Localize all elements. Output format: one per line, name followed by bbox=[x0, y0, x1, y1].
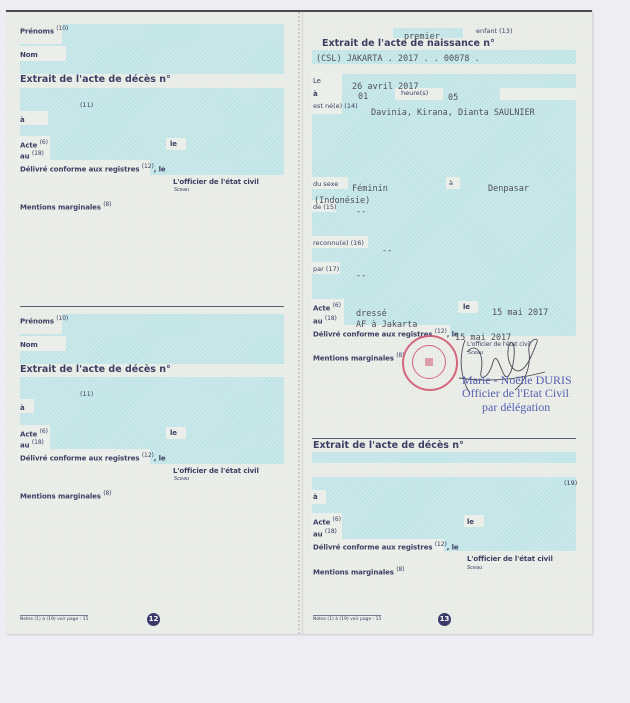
reconnu-label: reconnu(e) (16) bbox=[313, 239, 364, 247]
birth-extract-title: Extrait de l'acte de naissance n° bbox=[322, 38, 495, 49]
par-value: -- bbox=[356, 271, 366, 281]
birthplace-value: Denpasar bbox=[488, 184, 529, 194]
acte-label: Acte (6) bbox=[313, 302, 341, 312]
acte-value: dressé bbox=[356, 309, 387, 319]
note-11: (11) bbox=[80, 101, 93, 109]
hour-value: 01 bbox=[358, 92, 368, 102]
death-extract-field[interactable] bbox=[20, 88, 284, 160]
sceau-label-2: Sceau bbox=[174, 476, 189, 482]
prenoms-label-2: Prénoms (10) bbox=[20, 315, 68, 325]
center-fold bbox=[302, 12, 303, 634]
heures-label: heure(s) bbox=[401, 89, 428, 97]
birth-number-value: (CSL) JAKARTA . 2017 . . 00078 . bbox=[316, 54, 480, 64]
de-value: -- bbox=[356, 207, 366, 217]
minutes-value: 05 bbox=[448, 93, 458, 103]
section-divider-right bbox=[312, 438, 576, 439]
death-extract-title-2: Extrait de l'acte de décès n° bbox=[20, 364, 171, 375]
delivre-label-2: Délivré conforme aux registres (12), le bbox=[20, 452, 166, 462]
au-label-3: au (18) bbox=[313, 528, 337, 538]
death-extract-field-2[interactable] bbox=[20, 377, 284, 449]
a2-label: à bbox=[449, 179, 453, 187]
nom-label-2: Nom bbox=[20, 341, 38, 349]
delivre-date-field-2[interactable] bbox=[150, 449, 284, 464]
death-extract-title-3: Extrait de l'acte de décès n° bbox=[313, 440, 464, 451]
a-label-2: à bbox=[20, 404, 25, 412]
center-perforation bbox=[298, 12, 300, 634]
prenoms-label: Prénoms (10) bbox=[20, 25, 68, 35]
mentions-label: Mentions marginales (8) bbox=[313, 352, 404, 362]
footnotes-reference: Notes (1) à (19) voir page : 15 bbox=[20, 615, 88, 622]
sexe-label: du sexe bbox=[313, 180, 338, 188]
officier-label-3: L'officier de l'état civil bbox=[467, 555, 553, 563]
le-label-3: le bbox=[467, 518, 474, 526]
death-number-field[interactable] bbox=[312, 452, 576, 463]
page-number-12: 12 bbox=[147, 613, 160, 626]
signatory-title: Officier de l'Etat Civil bbox=[462, 386, 569, 401]
acte-label-3: Acte (6) bbox=[313, 516, 341, 526]
a-label: à bbox=[313, 90, 318, 98]
sexe-value: Féminin bbox=[352, 184, 388, 194]
au-label-2: au (18) bbox=[20, 439, 44, 449]
acte-label-2: Acte (6) bbox=[20, 428, 48, 438]
child-name-value: Davinia, Kirana, Dianta SAULNIER bbox=[371, 108, 535, 118]
signatory-delegation: par délégation bbox=[482, 400, 550, 415]
reconnu-value: -- bbox=[382, 246, 392, 256]
enfant-label: enfant (13) bbox=[476, 27, 512, 35]
delivre-date-field[interactable] bbox=[150, 160, 284, 175]
est-ne-label: est né(e) (14) bbox=[313, 102, 358, 110]
au-label: au (18) bbox=[20, 150, 44, 160]
le-label-2: le bbox=[170, 429, 177, 437]
sceau-label-3: Sceau bbox=[467, 565, 482, 571]
officier-label-2: L'officier de l'état civil bbox=[173, 467, 259, 475]
officier-label: L'officier de l'état civil bbox=[173, 178, 259, 186]
sceau-label: Sceau bbox=[174, 187, 189, 193]
mentions-label-3: Mentions marginales (8) bbox=[313, 566, 404, 576]
official-seal-stamp bbox=[402, 335, 458, 391]
note-19: (19) bbox=[564, 479, 577, 487]
au-label: au (18) bbox=[313, 315, 337, 325]
mentions-label: Mentions marginales (8) bbox=[20, 201, 111, 211]
acte-date-value: 15 mai 2017 bbox=[492, 308, 548, 318]
footnotes-reference-right: Notes (1) à (19) voir page : 15 bbox=[313, 615, 381, 622]
delivre-label-3: Délivré conforme aux registres (12), le bbox=[313, 541, 459, 551]
prenoms-field[interactable] bbox=[62, 24, 284, 44]
note-11-2: (11) bbox=[80, 390, 93, 398]
section-divider bbox=[20, 306, 284, 307]
page-number-13: 13 bbox=[438, 613, 451, 626]
nom-label: Nom bbox=[20, 51, 38, 59]
acte-label: Acte (6) bbox=[20, 139, 48, 149]
mentions-label-2: Mentions marginales (8) bbox=[20, 490, 111, 500]
a-label-3: à bbox=[313, 493, 318, 501]
le-label: le bbox=[170, 140, 177, 148]
le-label: Le bbox=[313, 77, 321, 85]
death-extract-title: Extrait de l'acte de décès n° bbox=[20, 74, 171, 85]
par-label: par (17) bbox=[313, 265, 339, 273]
a-label: à bbox=[20, 116, 25, 124]
prenoms-field-2[interactable] bbox=[62, 314, 284, 334]
le2-label: le bbox=[463, 303, 470, 311]
de-label: de (15) bbox=[313, 203, 337, 211]
delivre-label: Délivré conforme aux registres (12), le bbox=[20, 163, 166, 173]
